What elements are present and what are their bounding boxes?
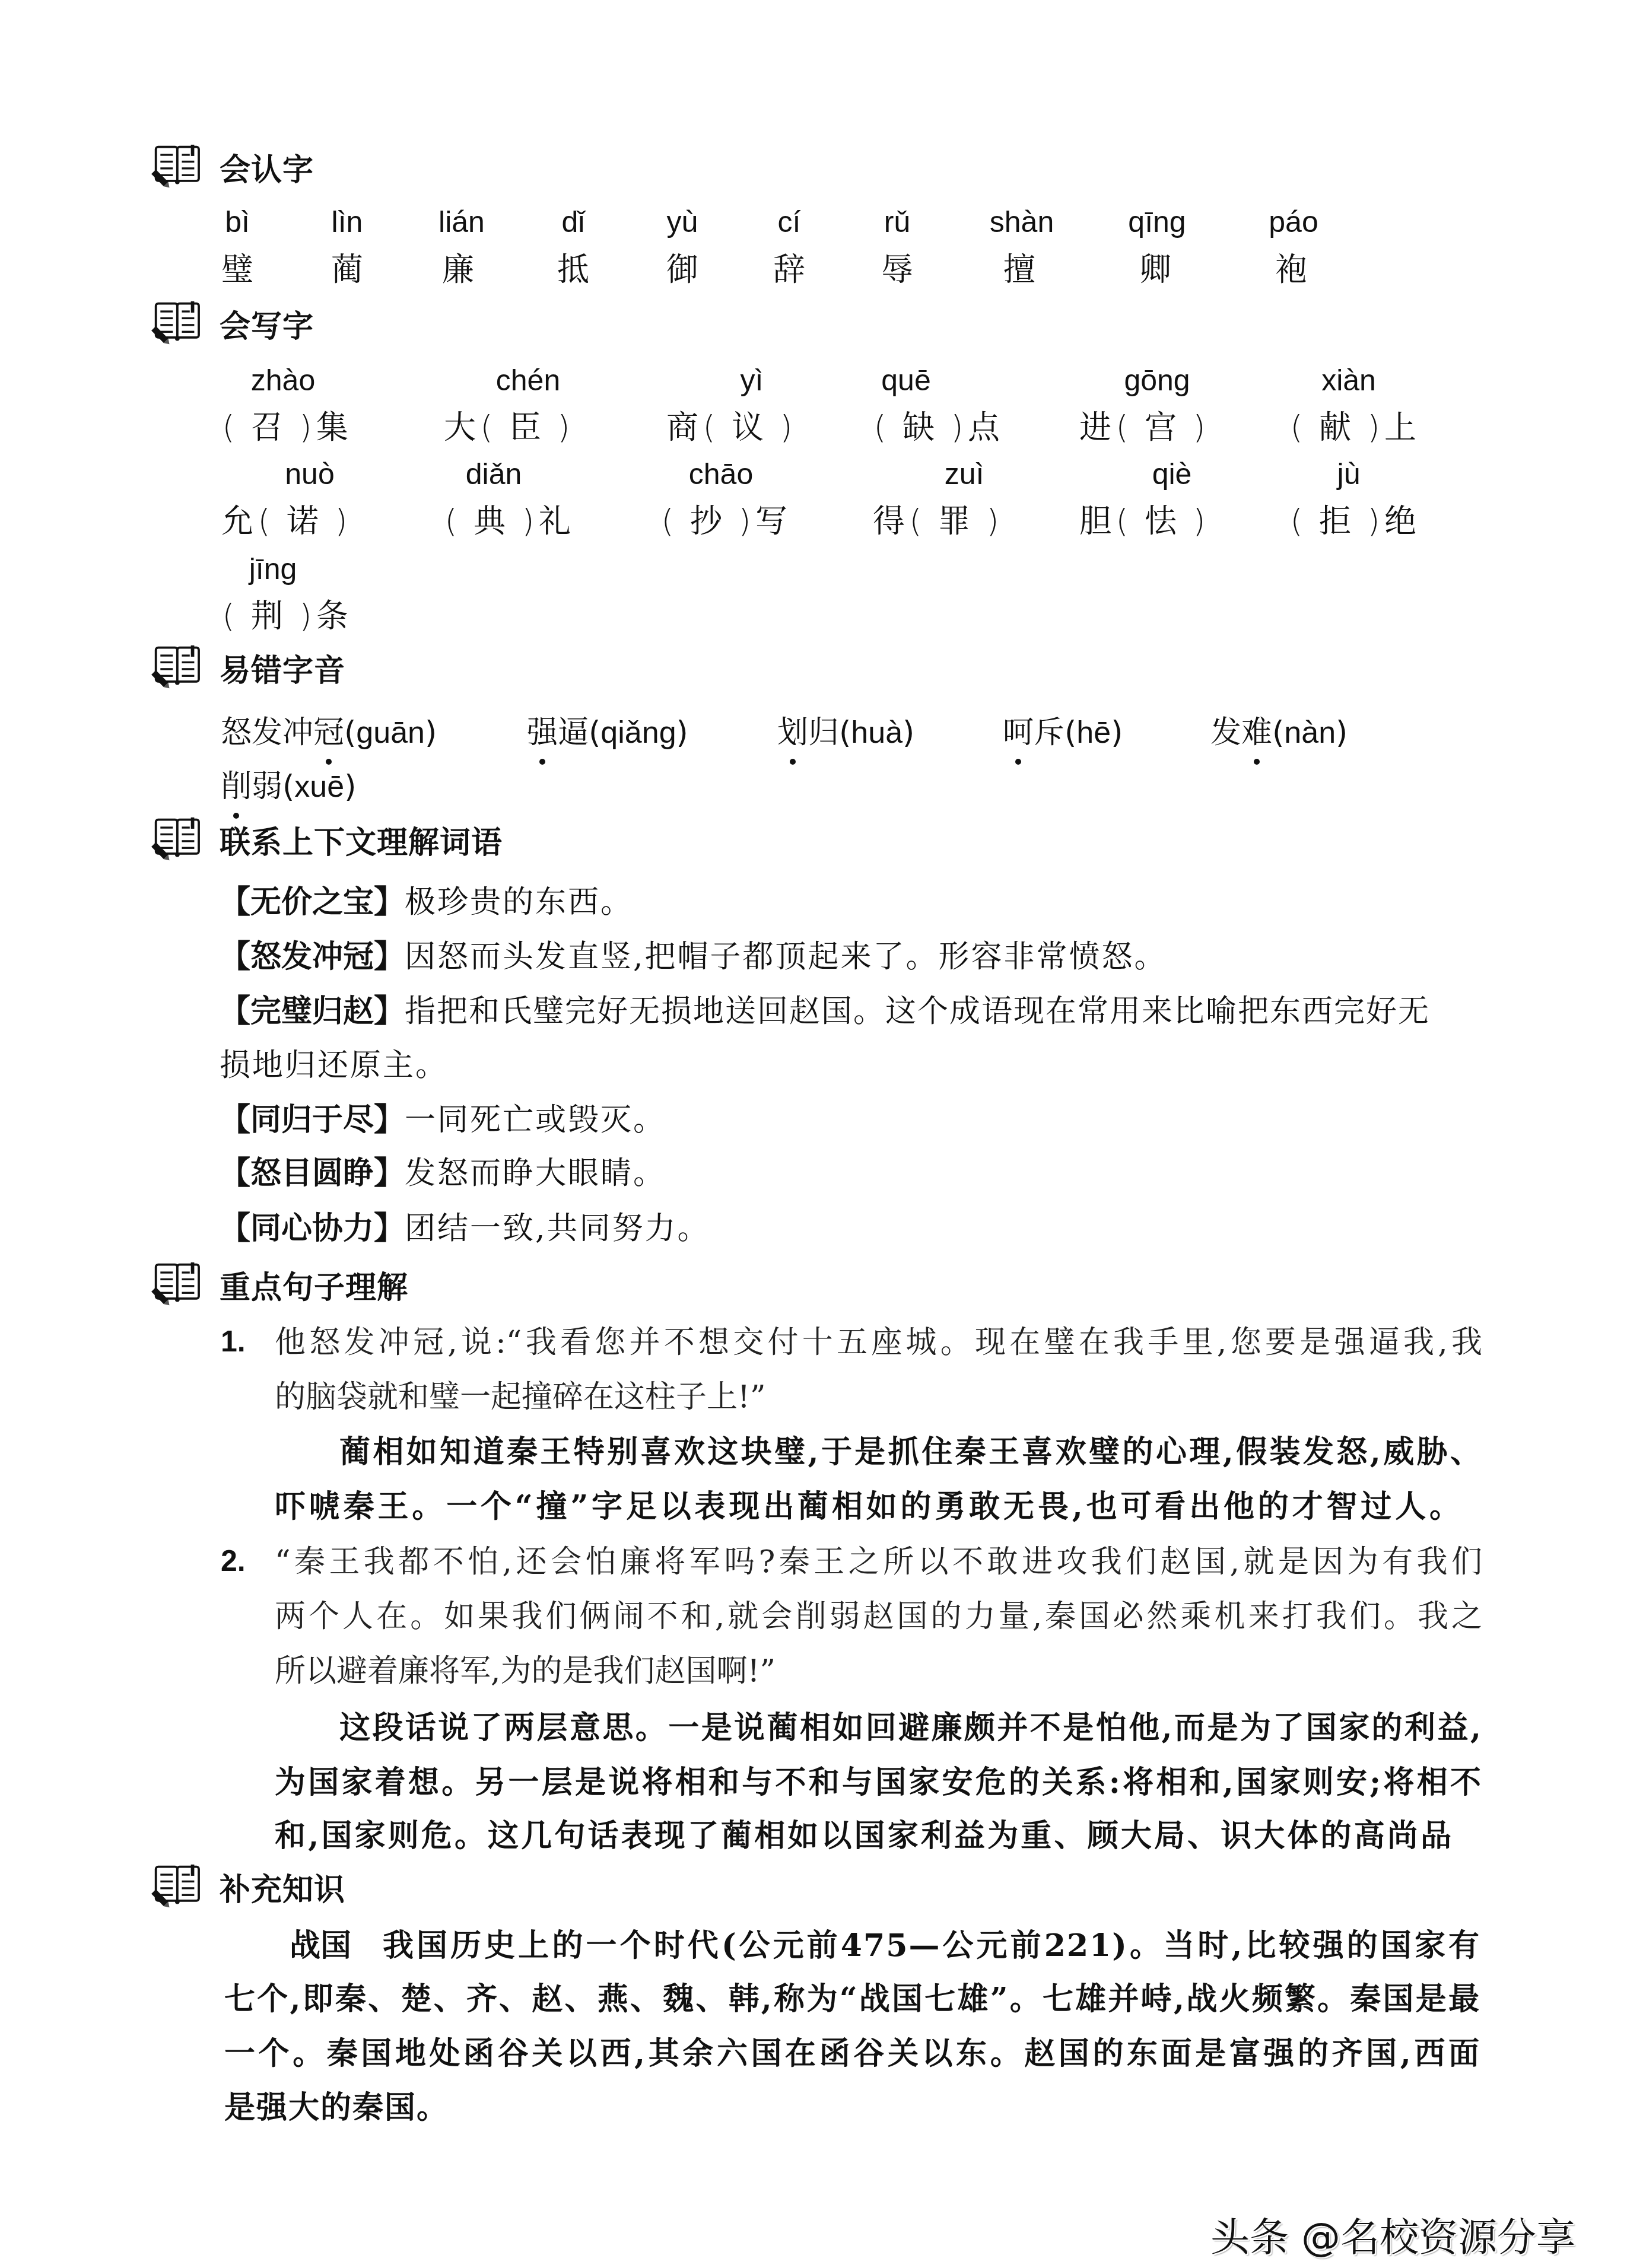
close-paren: ) bbox=[344, 769, 356, 804]
pinyin: quē bbox=[881, 363, 930, 397]
word-part: 斥 bbox=[1034, 715, 1064, 750]
item-number: 2. bbox=[221, 1544, 246, 1578]
pinyin: lìn bbox=[332, 205, 363, 239]
pinyin: jīng bbox=[249, 552, 297, 586]
pinyin: bì bbox=[225, 205, 250, 239]
fill-in-group: 进(宫) bbox=[1078, 402, 1208, 444]
pinyin: xuē bbox=[294, 769, 344, 804]
term: 【完璧归赵】 bbox=[220, 994, 405, 1029]
hanzi: 卿 bbox=[1139, 244, 1171, 290]
answer-char: 抄 bbox=[676, 496, 736, 542]
book-pencil-icon bbox=[148, 644, 203, 691]
open-paren: ( bbox=[700, 409, 718, 446]
text: 吓唬秦王。一个“撞”字足以表现出蔺相如的勇敢无畏,也可看出他的才智过人。 bbox=[275, 1488, 1461, 1525]
close-paren: ) bbox=[1190, 502, 1208, 540]
text: 我国历史上的一个时代(公元前475—公元前221)。当时,比较强的国家有 bbox=[383, 1927, 1480, 1964]
pinyin: páo bbox=[1269, 205, 1318, 239]
fill-in-group: (抄)写 bbox=[659, 496, 789, 537]
word-part: 发 bbox=[1210, 715, 1241, 750]
error-prone-item: 怒发冲冠(guān) bbox=[221, 707, 437, 752]
book-pencil-icon bbox=[148, 1261, 203, 1308]
definition-item: 【同心协力】团结一致,共同努力。 bbox=[220, 1203, 710, 1248]
dotted-char: 划 bbox=[777, 707, 808, 752]
close-paren: ) bbox=[984, 502, 1002, 540]
pinyin: lián bbox=[438, 205, 485, 239]
hanzi: 辞 bbox=[773, 244, 805, 290]
definition-continuation: 损地归还原主。 bbox=[220, 1040, 448, 1084]
fixed-char: 礼 bbox=[537, 496, 573, 542]
definition-item: 【怒发冲冠】因怒而头发直竖,把帽子都顶起来了。形容非常愤怒。 bbox=[220, 931, 1167, 976]
open-paren: ( bbox=[589, 715, 600, 750]
text: 和,国家则危。这几句话表现了蔺相如以国家利益为重、顾大局、识大体的高尚品质。 bbox=[275, 1818, 1453, 1857]
fill-in-group: (典)礼 bbox=[442, 496, 573, 537]
close-paren: ) bbox=[425, 715, 437, 750]
book-pencil-icon bbox=[148, 144, 203, 190]
dotted-char: 冠 bbox=[313, 707, 344, 752]
term: 【同心协力】 bbox=[220, 1211, 405, 1246]
meaning: 极珍贵的东西。 bbox=[405, 885, 633, 920]
pinyin: xiàn bbox=[1321, 363, 1376, 397]
answer-char: 罪 bbox=[924, 496, 984, 542]
answer-char: 缺 bbox=[889, 402, 948, 448]
meaning: 指把和氏璧完好无损地送回赵国。这个成语现在常用来比喻把东西完好无 bbox=[405, 994, 1430, 1029]
open-paren: ( bbox=[907, 502, 924, 540]
error-prone-item: 强逼(qiǎng) bbox=[527, 707, 688, 752]
pinyin: hē bbox=[1076, 715, 1111, 750]
hanzi: 蔺 bbox=[331, 244, 363, 290]
book-pencil-icon bbox=[148, 816, 203, 863]
answer-char: 拒 bbox=[1305, 496, 1365, 542]
open-paren: ( bbox=[1272, 715, 1284, 750]
section-header-write: 会写字 bbox=[148, 297, 314, 350]
book-pencil-icon bbox=[148, 1863, 203, 1910]
close-paren: ) bbox=[1336, 715, 1348, 750]
fixed-char: 条 bbox=[314, 591, 350, 637]
fixed-char: 写 bbox=[754, 496, 789, 542]
word-part: 怒发冲 bbox=[221, 715, 313, 750]
section-header-recognize: 会认字 bbox=[148, 140, 314, 193]
error-prone-item: 划归(huà) bbox=[777, 707, 914, 752]
supplement-line: 一个。秦国地处函谷关以西,其余六国在函谷关以东。赵国的东面是富强的齐国,西面 bbox=[224, 2033, 1480, 2075]
fixed-char: 绝 bbox=[1383, 496, 1418, 542]
pinyin: chén bbox=[496, 363, 560, 397]
pinyin: huà bbox=[851, 715, 903, 750]
pinyin: jù bbox=[1337, 457, 1361, 491]
answer-char: 诺 bbox=[273, 496, 332, 542]
word-part: 逼 bbox=[558, 715, 589, 750]
section-header-error-prone: 易错字音 bbox=[148, 641, 345, 694]
open-paren: ( bbox=[220, 597, 237, 635]
pinyin: nuò bbox=[285, 457, 334, 491]
answer-char: 典 bbox=[460, 496, 519, 542]
term: 【无价之宝】 bbox=[220, 885, 405, 920]
open-paren: ( bbox=[442, 502, 460, 540]
close-paren: ) bbox=[736, 502, 754, 540]
text: 七个,即秦、楚、齐、赵、燕、魏、韩,称为“战国七雄”。七雄并峙,战火频繁。秦国是… bbox=[224, 1981, 1480, 2020]
fill-in-group: 允(诺) bbox=[220, 496, 350, 537]
hanzi: 廉 bbox=[442, 244, 474, 290]
section-title: 会写字 bbox=[220, 301, 314, 346]
definition-item: 【无价之宝】极珍贵的东西。 bbox=[220, 877, 633, 921]
pinyin: guān bbox=[356, 715, 425, 750]
close-paren: ) bbox=[1365, 502, 1383, 540]
answer-char: 献 bbox=[1305, 402, 1365, 448]
close-paren: ) bbox=[297, 409, 314, 446]
section-title: 补充知识 bbox=[220, 1865, 345, 1909]
pinyin: dǐ bbox=[562, 205, 585, 239]
answer-char: 召 bbox=[237, 402, 297, 448]
fill-in-group: 得(罪) bbox=[871, 496, 1002, 537]
pinyin: rǔ bbox=[884, 205, 910, 239]
dotted-char: 强 bbox=[527, 707, 558, 752]
open-paren: ( bbox=[344, 715, 356, 750]
fill-in-group: 大(臣) bbox=[442, 402, 573, 444]
pinyin: cí bbox=[778, 205, 801, 239]
answer-char: 臣 bbox=[495, 402, 555, 448]
fill-in-group: (召)集 bbox=[220, 402, 350, 444]
definition-item: 【完璧归赵】指把和氏璧完好无损地送回赵国。这个成语现在常用来比喻把东西完好无 bbox=[220, 986, 1481, 1030]
term: 【怒发冲冠】 bbox=[220, 939, 405, 975]
answer-char: 荆 bbox=[237, 591, 297, 637]
open-paren: ( bbox=[220, 409, 237, 446]
pinyin: yù bbox=[667, 205, 698, 239]
definition-item: 【怒目圆睁】发怒而睁大眼睛。 bbox=[220, 1148, 666, 1192]
explanation-line: 为国家着想。另一层是说将相和与不和与国家安危的关系:将相和,国家则安;将相不 bbox=[275, 1762, 1482, 1803]
close-paren: ) bbox=[903, 715, 914, 750]
fill-in-group: 商(议) bbox=[665, 402, 795, 444]
pinyin: nàn bbox=[1284, 715, 1336, 750]
pinyin: gōng bbox=[1124, 363, 1190, 397]
pinyin: yì bbox=[741, 363, 764, 397]
fixed-char: 进 bbox=[1078, 402, 1113, 448]
fill-in-group: (荆)条 bbox=[220, 591, 350, 632]
fill-in-group: (献)上 bbox=[1288, 402, 1418, 444]
fixed-char: 上 bbox=[1383, 402, 1418, 448]
close-paren: ) bbox=[948, 409, 966, 446]
close-paren: ) bbox=[777, 409, 795, 446]
fill-in-group: (缺)点 bbox=[871, 402, 1002, 444]
text: 两个人在。如果我们俩闹不和,就会削弱赵国的力量,秦国必然乘机来打我们。我之 bbox=[275, 1599, 1482, 1634]
section-header-vocabulary: 联系上下文理解词语 bbox=[148, 813, 503, 866]
open-paren: ( bbox=[478, 409, 495, 446]
meaning: 因怒而头发直竖,把帽子都顶起来了。形容非常愤怒。 bbox=[405, 939, 1167, 975]
supplement-line: 七个,即秦、楚、齐、赵、燕、魏、韩,称为“战国七雄”。七雄并峙,战火频繁。秦国是… bbox=[224, 1978, 1480, 2020]
error-prone-item: 呵斥(hē) bbox=[1003, 707, 1123, 752]
close-paren: ) bbox=[1111, 715, 1123, 750]
answer-char: 议 bbox=[718, 402, 777, 448]
meaning: 一同死亡或毁灭。 bbox=[405, 1102, 666, 1138]
answer-char: 怯 bbox=[1131, 496, 1190, 542]
text: 是强大的秦国。 bbox=[224, 2089, 449, 2126]
text: 为国家着想。另一层是说将相和与不和与国家安危的关系:将相和,国家则安;将相不 bbox=[275, 1764, 1482, 1801]
fixed-char: 得 bbox=[871, 496, 907, 542]
pinyin: qiè bbox=[1152, 457, 1192, 491]
fill-in-group: 胆(怯) bbox=[1078, 496, 1208, 537]
text: 这段话说了两层意思。一是说蔺相如回避廉颇并不是怕他,而是为了国家的利益, bbox=[339, 1710, 1482, 1746]
text: “秦王我都不怕,还会怕廉将军吗?秦王之所以不敢进攻我们赵国,就是因为有我们 bbox=[275, 1544, 1482, 1580]
explanation-line: 这段话说了两层意思。一是说蔺相如回避廉颇并不是怕他,而是为了国家的利益, bbox=[339, 1707, 1482, 1749]
close-paren: ) bbox=[332, 502, 350, 540]
open-paren: ( bbox=[1113, 502, 1131, 540]
hanzi: 擅 bbox=[1003, 244, 1035, 290]
quote-line: 的脑袋就和璧一起撞碎在这柱子上!” bbox=[275, 1376, 765, 1418]
watermark: 头条 @名校资源分享 bbox=[1210, 2206, 1575, 2262]
open-paren: ( bbox=[282, 769, 294, 804]
section-title: 重点句子理解 bbox=[220, 1262, 408, 1307]
explanation-line: 蔺相如知道秦王特别喜欢这块璧,于是抓住秦王喜欢璧的心理,假装发怒,威胁、 bbox=[339, 1432, 1482, 1473]
hanzi: 抵 bbox=[557, 244, 589, 290]
pinyin: diǎn bbox=[466, 457, 522, 491]
hanzi: 璧 bbox=[221, 244, 253, 290]
close-paren: ) bbox=[297, 597, 314, 635]
dotted-char: 呵 bbox=[1003, 707, 1034, 752]
section-header-key-sentences: 重点句子理解 bbox=[148, 1258, 408, 1311]
pinyin: chāo bbox=[689, 457, 753, 491]
fixed-char: 点 bbox=[966, 402, 1002, 448]
section-header-supplement: 补充知识 bbox=[148, 1860, 345, 1913]
text: 所以避着廉将军,为的是我们赵国啊!” bbox=[275, 1653, 776, 1689]
quote-line: “秦王我都不怕,还会怕廉将军吗?秦王之所以不敢进攻我们赵国,就是因为有我们 bbox=[275, 1541, 1482, 1583]
pinyin: shàn bbox=[990, 205, 1054, 239]
open-paren: ( bbox=[659, 502, 676, 540]
text: 蔺相如知道秦王特别喜欢这块璧,于是抓住秦王喜欢璧的心理,假装发怒,威胁、 bbox=[339, 1434, 1482, 1470]
word-part: 弱 bbox=[252, 769, 282, 804]
definition-item: 【同归于尽】一同死亡或毁灭。 bbox=[220, 1095, 666, 1139]
meaning: 损地归还原主。 bbox=[220, 1048, 448, 1083]
explanation-line: 和,国家则危。这几句话表现了蔺相如以国家利益为重、顾大局、识大体的高尚品质。 bbox=[275, 1815, 1453, 1857]
text: 他怒发冲冠,说:“我看您并不想交付十五座城。现在璧在我手里,您要是强逼我,我 bbox=[275, 1325, 1482, 1360]
supplement-line: 是强大的秦国。 bbox=[224, 2087, 449, 2129]
quote-line: 所以避着廉将军,为的是我们赵国啊!” bbox=[275, 1650, 776, 1692]
fixed-char: 商 bbox=[665, 402, 700, 448]
fill-in-group: (拒)绝 bbox=[1288, 496, 1418, 537]
explanation-line: 吓唬秦王。一个“撞”字足以表现出蔺相如的勇敢无畏,也可看出他的才智过人。 bbox=[275, 1486, 1461, 1528]
supplement-line: 我国历史上的一个时代(公元前475—公元前221)。当时,比较强的国家有 bbox=[383, 1925, 1480, 1967]
fixed-char: 允 bbox=[220, 496, 255, 542]
word-part: 归 bbox=[808, 715, 839, 750]
pinyin: qīng bbox=[1128, 205, 1186, 239]
close-paren: ) bbox=[1365, 409, 1383, 446]
close-paren: ) bbox=[1190, 409, 1208, 446]
quote-line: 两个人在。如果我们俩闹不和,就会削弱赵国的力量,秦国必然乘机来打我们。我之 bbox=[275, 1596, 1482, 1637]
open-paren: ( bbox=[1064, 715, 1076, 750]
pinyin: zhào bbox=[251, 363, 315, 397]
item-number: 1. bbox=[221, 1324, 246, 1359]
pinyin: zuì bbox=[945, 457, 984, 491]
hanzi: 袍 bbox=[1275, 244, 1307, 290]
error-prone-item: 发难(nàn) bbox=[1210, 707, 1348, 752]
term: 【怒目圆睁】 bbox=[220, 1156, 405, 1191]
open-paren: ( bbox=[255, 502, 273, 540]
section-title: 易错字音 bbox=[220, 645, 345, 690]
open-paren: ( bbox=[1288, 502, 1305, 540]
dotted-char: 削 bbox=[221, 761, 252, 806]
open-paren: ( bbox=[1288, 409, 1305, 446]
fixed-char: 集 bbox=[314, 402, 350, 448]
pinyin: qiǎng bbox=[600, 715, 676, 750]
fixed-char: 胆 bbox=[1078, 496, 1113, 542]
section-title: 联系上下文理解词语 bbox=[220, 818, 503, 862]
open-paren: ( bbox=[871, 409, 889, 446]
supplement-term: 战国 bbox=[290, 1925, 351, 1967]
hanzi: 御 bbox=[666, 244, 698, 290]
text: 一个。秦国地处函谷关以西,其余六国在函谷关以东。赵国的东面是富强的齐国,西面 bbox=[224, 2035, 1480, 2072]
close-paren: ) bbox=[519, 502, 537, 540]
answer-char: 宫 bbox=[1131, 402, 1190, 448]
section-title: 会认字 bbox=[220, 145, 314, 189]
hanzi: 辱 bbox=[881, 244, 913, 290]
meaning: 发怒而睁大眼睛。 bbox=[405, 1156, 666, 1191]
book-pencil-icon bbox=[148, 300, 203, 346]
term: 【同归于尽】 bbox=[220, 1102, 405, 1138]
quote-line: 他怒发冲冠,说:“我看您并不想交付十五座城。现在璧在我手里,您要是强逼我,我 bbox=[275, 1322, 1482, 1363]
open-paren: ( bbox=[839, 715, 851, 750]
error-prone-item: 削弱(xuē) bbox=[221, 761, 356, 806]
fixed-char: 大 bbox=[442, 402, 478, 448]
open-paren: ( bbox=[1113, 409, 1131, 446]
text: 的脑袋就和璧一起撞碎在这柱子上!” bbox=[275, 1379, 765, 1415]
close-paren: ) bbox=[676, 715, 688, 750]
meaning: 团结一致,共同努力。 bbox=[405, 1211, 710, 1246]
dotted-char: 难 bbox=[1241, 707, 1272, 752]
close-paren: ) bbox=[555, 409, 573, 446]
